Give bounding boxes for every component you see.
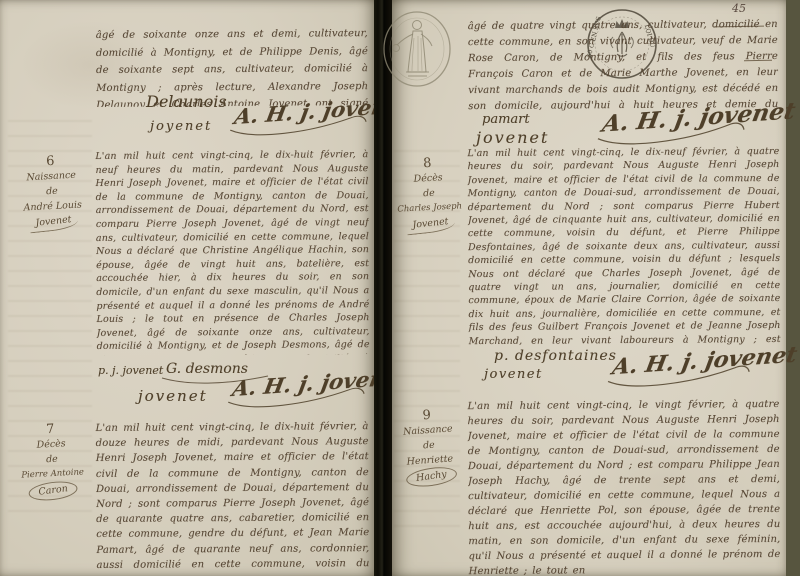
margin-note-act8: 8 Décès de Charles Joseph Jovenet	[394, 154, 464, 234]
right-page: 50 C EN SUS LOI DU 45 âgé de quatre ving…	[392, 0, 786, 576]
signature-joyenet: joyenet	[150, 119, 212, 134]
act-continuation-left: âgé de soixante onze ans et demi, cultiv…	[96, 25, 369, 107]
left-page: âgé de soixante onze ans et demi, cultiv…	[0, 0, 374, 576]
signature-desfontaines: p. desfontaines	[494, 348, 617, 364]
signature-jovenet: jovenet	[138, 387, 208, 405]
signature-delaunois: Delaunois	[146, 92, 227, 111]
act9-body: L'an mil huit cent vingt-cinq, le vingt …	[467, 397, 780, 576]
margin-note-act6: 6 Naissance de André Louis Jovenet	[8, 152, 96, 233]
signature-mayor-flourish: A. H. j. jovenet	[610, 342, 799, 381]
signature-pj-jovenet: p. j. jovenet	[98, 364, 163, 377]
signature-desmons: G. desmons	[166, 361, 248, 377]
register-book-spread: âgé de soixante onze ans et demi, cultiv…	[0, 0, 800, 576]
signature-jovenet: jovenet	[476, 128, 549, 147]
act-continuation-right: âgé de quatre vingt quatre ans, cultivat…	[468, 17, 779, 111]
folio-number: 45	[732, 2, 746, 15]
margin-note-act7: 7 Décès de Pierre Antoine Caron	[8, 420, 96, 502]
act8-body: L'an mil huit cent vingt-cinq, le dix-ne…	[467, 145, 780, 347]
margin-note-act9: 9 Naissance de Henriette Hachy	[393, 406, 464, 488]
act7-body: L'an mil huit cent vingt-cinq, le dix-hu…	[95, 419, 369, 575]
signature-jovenet: jovenet	[484, 367, 543, 382]
embossed-figure-stamp	[380, 8, 454, 90]
book-fore-edge	[786, 0, 800, 576]
signature-pamart: pamart	[482, 112, 530, 127]
act6-body: L'an mil huit cent vingt-cinq, le dix-hu…	[95, 148, 369, 356]
